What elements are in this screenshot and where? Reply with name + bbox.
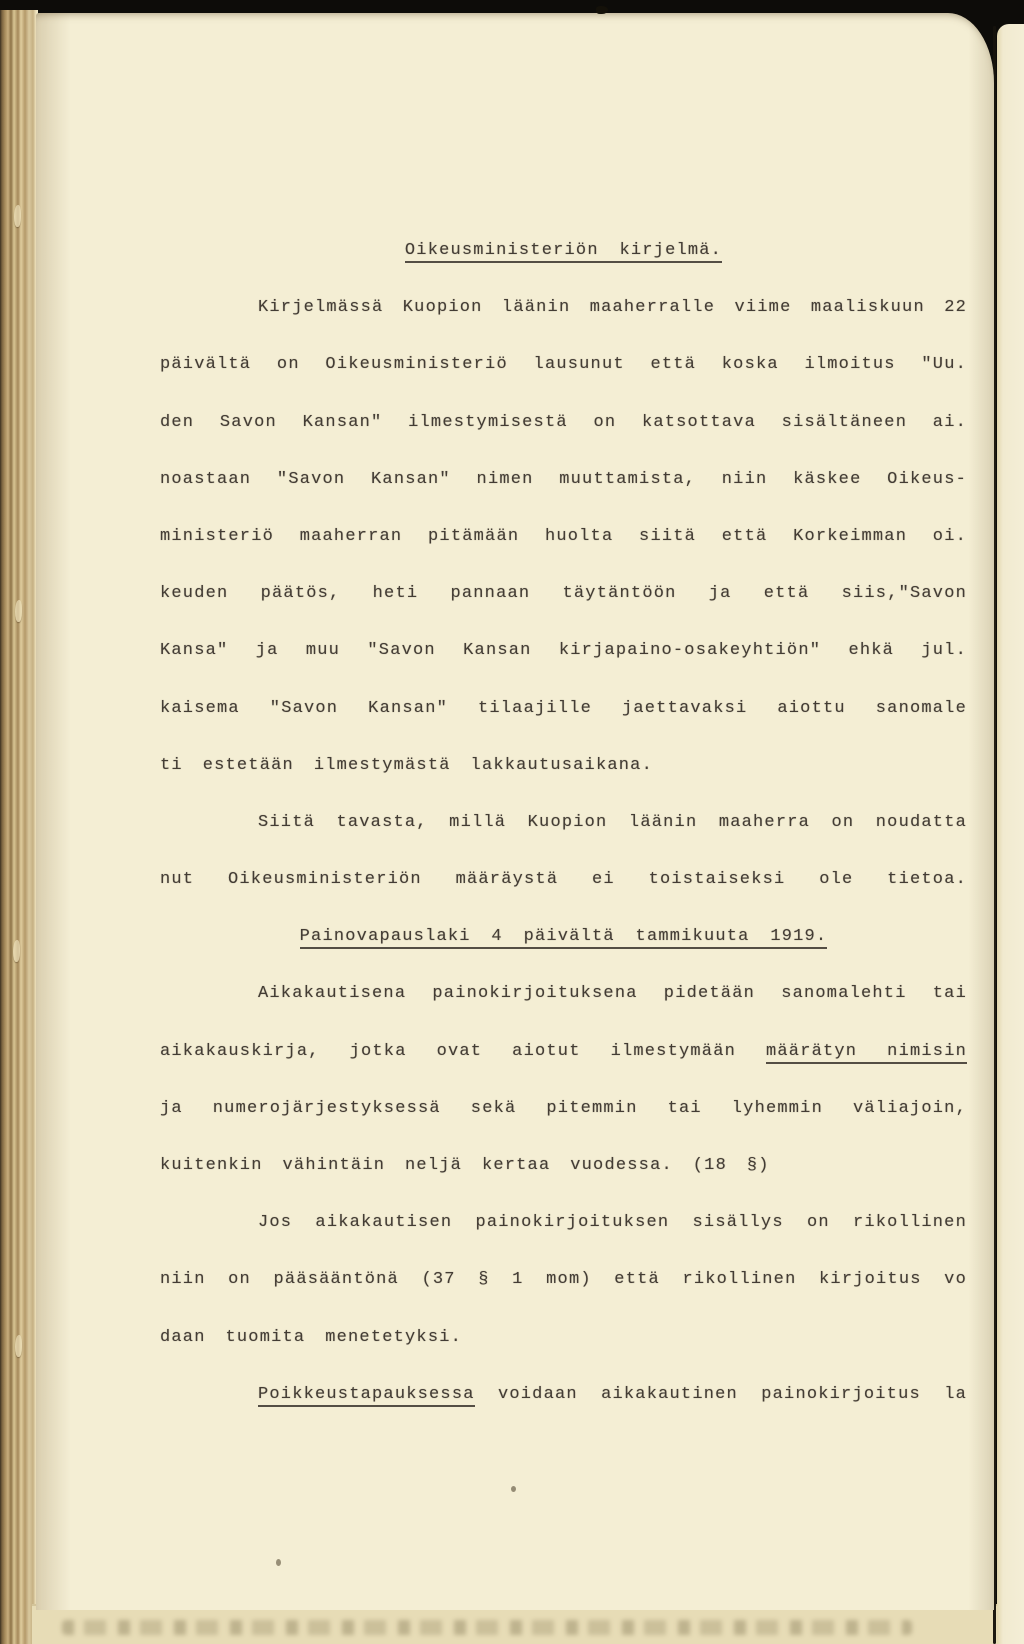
text-line: ministeriö maaherran pitämään huolta sii… (160, 525, 967, 582)
text-segment: noastaan "Savon Kansan" nimen muuttamist… (160, 470, 967, 489)
text-line: Kirjelmässä Kuopion läänin maaherralle v… (160, 296, 967, 353)
text-line: ja numerojärjestyksessä sekä pitemmin ta… (160, 1097, 967, 1154)
text-line: kaisema "Savon Kansan" tilaajille jaetta… (160, 697, 967, 754)
text-segment: den Savon Kansan" ilmestymisestä on kats… (160, 413, 967, 432)
text-line: aikakauskirja, jotka ovat aiotut ilmesty… (160, 1040, 967, 1097)
ink-speck (596, 6, 608, 14)
page-curl-mark (14, 205, 21, 227)
text-segment: kuitenkin vähintäin neljä kertaa vuodess… (160, 1156, 770, 1175)
ink-speck (511, 1486, 516, 1492)
text-line: Poikkeustapauksessa voidaan aikakautinen… (160, 1383, 967, 1440)
underlying-page-edge (32, 1604, 1014, 1644)
text-segment: ja numerojärjestyksessä sekä pitemmin ta… (160, 1099, 967, 1118)
text-line: niin on pääsääntönä (37 § 1 mom) että ri… (160, 1268, 967, 1325)
text-segment: aikakauskirja, jotka ovat aiotut ilmesty… (160, 1042, 766, 1061)
bleed-through-text (62, 1620, 912, 1635)
text-line: Aikakautisena painokirjoituksena pidetää… (160, 982, 967, 1039)
text-segment: ministeriö maaherran pitämään huolta sii… (160, 527, 967, 546)
document-page: Oikeusministeriön kirjelmä.Kirjelmässä K… (36, 13, 994, 1610)
page-curl-mark (15, 1335, 22, 1357)
next-page-edge (997, 24, 1024, 1644)
text-line: ti estetään ilmestymästä lakkautusaikana… (160, 754, 967, 811)
text-segment: nut Oikeusministeriön määräystä ei toist… (160, 870, 967, 889)
text-segment: niin on pääsääntönä (37 § 1 mom) että ri… (160, 1270, 967, 1289)
text-segment: Kirjelmässä Kuopion läänin maaherralle v… (258, 298, 967, 317)
text-line: nut Oikeusministeriön määräystä ei toist… (160, 868, 967, 925)
text-line: päivältä on Oikeusministeriö lausunut et… (160, 353, 967, 410)
text-segment: keuden päätös, heti pannaan täytäntöön j… (160, 584, 967, 603)
scanned-document: Oikeusministeriön kirjelmä.Kirjelmässä K… (0, 0, 1024, 1644)
typed-text: Oikeusministeriön kirjelmä.Kirjelmässä K… (160, 239, 967, 1440)
text-segment: voidaan aikakautinen painokirjoitus la (475, 1385, 967, 1404)
underlined-text: Painovapauslaki 4 päivältä tammikuuta 19… (300, 927, 828, 949)
page-curl-mark (15, 600, 22, 622)
underlined-text: Oikeusministeriön kirjelmä. (405, 241, 722, 263)
book-binding-edge (0, 10, 38, 1644)
title-line: Oikeusministeriön kirjelmä. (160, 239, 967, 296)
text-segment: Aikakautisena painokirjoituksena pidetää… (258, 984, 967, 1003)
text-segment: daan tuomita menetetyksi. (160, 1328, 462, 1347)
text-line: keuden päätös, heti pannaan täytäntöön j… (160, 582, 967, 639)
text-segment: Siitä tavasta, millä Kuopion läänin maah… (258, 813, 967, 832)
text-line: noastaan "Savon Kansan" nimen muuttamist… (160, 468, 967, 525)
ink-speck (276, 1559, 281, 1566)
text-line: daan tuomita menetetyksi. (160, 1326, 967, 1383)
text-line: Siitä tavasta, millä Kuopion läänin maah… (160, 811, 967, 868)
text-line: den Savon Kansan" ilmestymisestä on kats… (160, 411, 967, 468)
text-line: Jos aikakautisen painokirjoituksen sisäl… (160, 1211, 967, 1268)
text-segment: Jos aikakautisen painokirjoituksen sisäl… (258, 1213, 967, 1232)
underlined-text: määrätyn nimisin (766, 1042, 967, 1064)
text-segment: Kansa" ja muu "Savon Kansan kirjapaino-o… (160, 641, 967, 660)
underlined-text: Poikkeustapauksessa (258, 1385, 475, 1407)
heading-line: Painovapauslaki 4 päivältä tammikuuta 19… (160, 925, 967, 982)
text-segment: päivältä on Oikeusministeriö lausunut et… (160, 355, 967, 374)
text-line: Kansa" ja muu "Savon Kansan kirjapaino-o… (160, 639, 967, 696)
text-line: kuitenkin vähintäin neljä kertaa vuodess… (160, 1154, 967, 1211)
text-segment: kaisema "Savon Kansan" tilaajille jaetta… (160, 699, 967, 718)
page-curl-mark (13, 940, 20, 962)
text-segment: ti estetään ilmestymästä lakkautusaikana… (160, 756, 653, 775)
